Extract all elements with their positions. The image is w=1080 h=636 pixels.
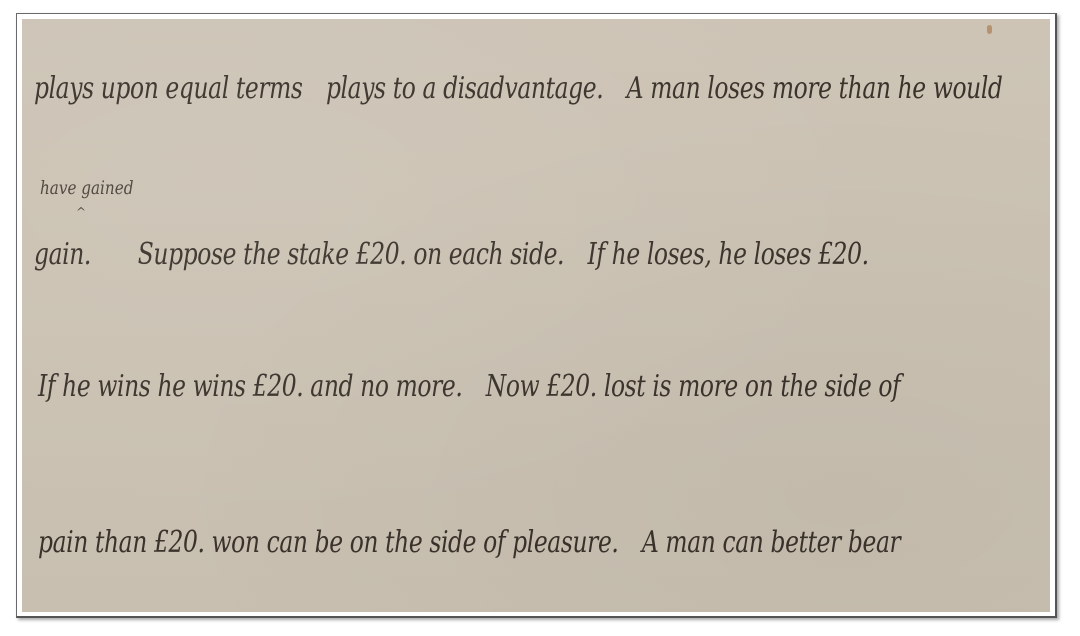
line-2-segment-1: gain. <box>34 237 91 272</box>
line-1-segment-1: plays upon equal terms <box>34 71 303 106</box>
line-2-segment-2: Suppose the stake £20. on each side. <box>138 237 564 272</box>
manuscript-line-3: If he wins he wins £20. and no more.Now … <box>38 369 900 404</box>
ink-stain <box>987 25 992 34</box>
manuscript-page: plays upon equal termsplays to a disadva… <box>22 19 1050 612</box>
line-1-segment-3: A man loses more than he would <box>627 71 1003 106</box>
manuscript-line-1: plays upon equal termsplays to a disadva… <box>34 71 1003 106</box>
line-1-segment-2: plays to a disadvantage. <box>326 71 603 106</box>
line-4-segment-1: pain than £20. won can be on the side of… <box>38 525 618 560</box>
insertion-caret: ^ <box>76 205 86 219</box>
line-3-segment-1: If he wins he wins £20. and no more. <box>38 369 462 404</box>
line-3-segment-2: Now £20. lost is more on the side of <box>486 369 900 404</box>
manuscript-line-2: gain.Suppose the stake £20. on each side… <box>34 237 869 272</box>
manuscript-line-4: pain than £20. won can be on the side of… <box>38 525 900 560</box>
image-frame: plays upon equal termsplays to a disadva… <box>16 13 1057 618</box>
line-4-segment-2: A man can better bear <box>642 525 900 560</box>
interlinear-insertion: have gained <box>40 177 133 199</box>
line-2-segment-3: If he loses, he loses £20. <box>587 237 868 272</box>
